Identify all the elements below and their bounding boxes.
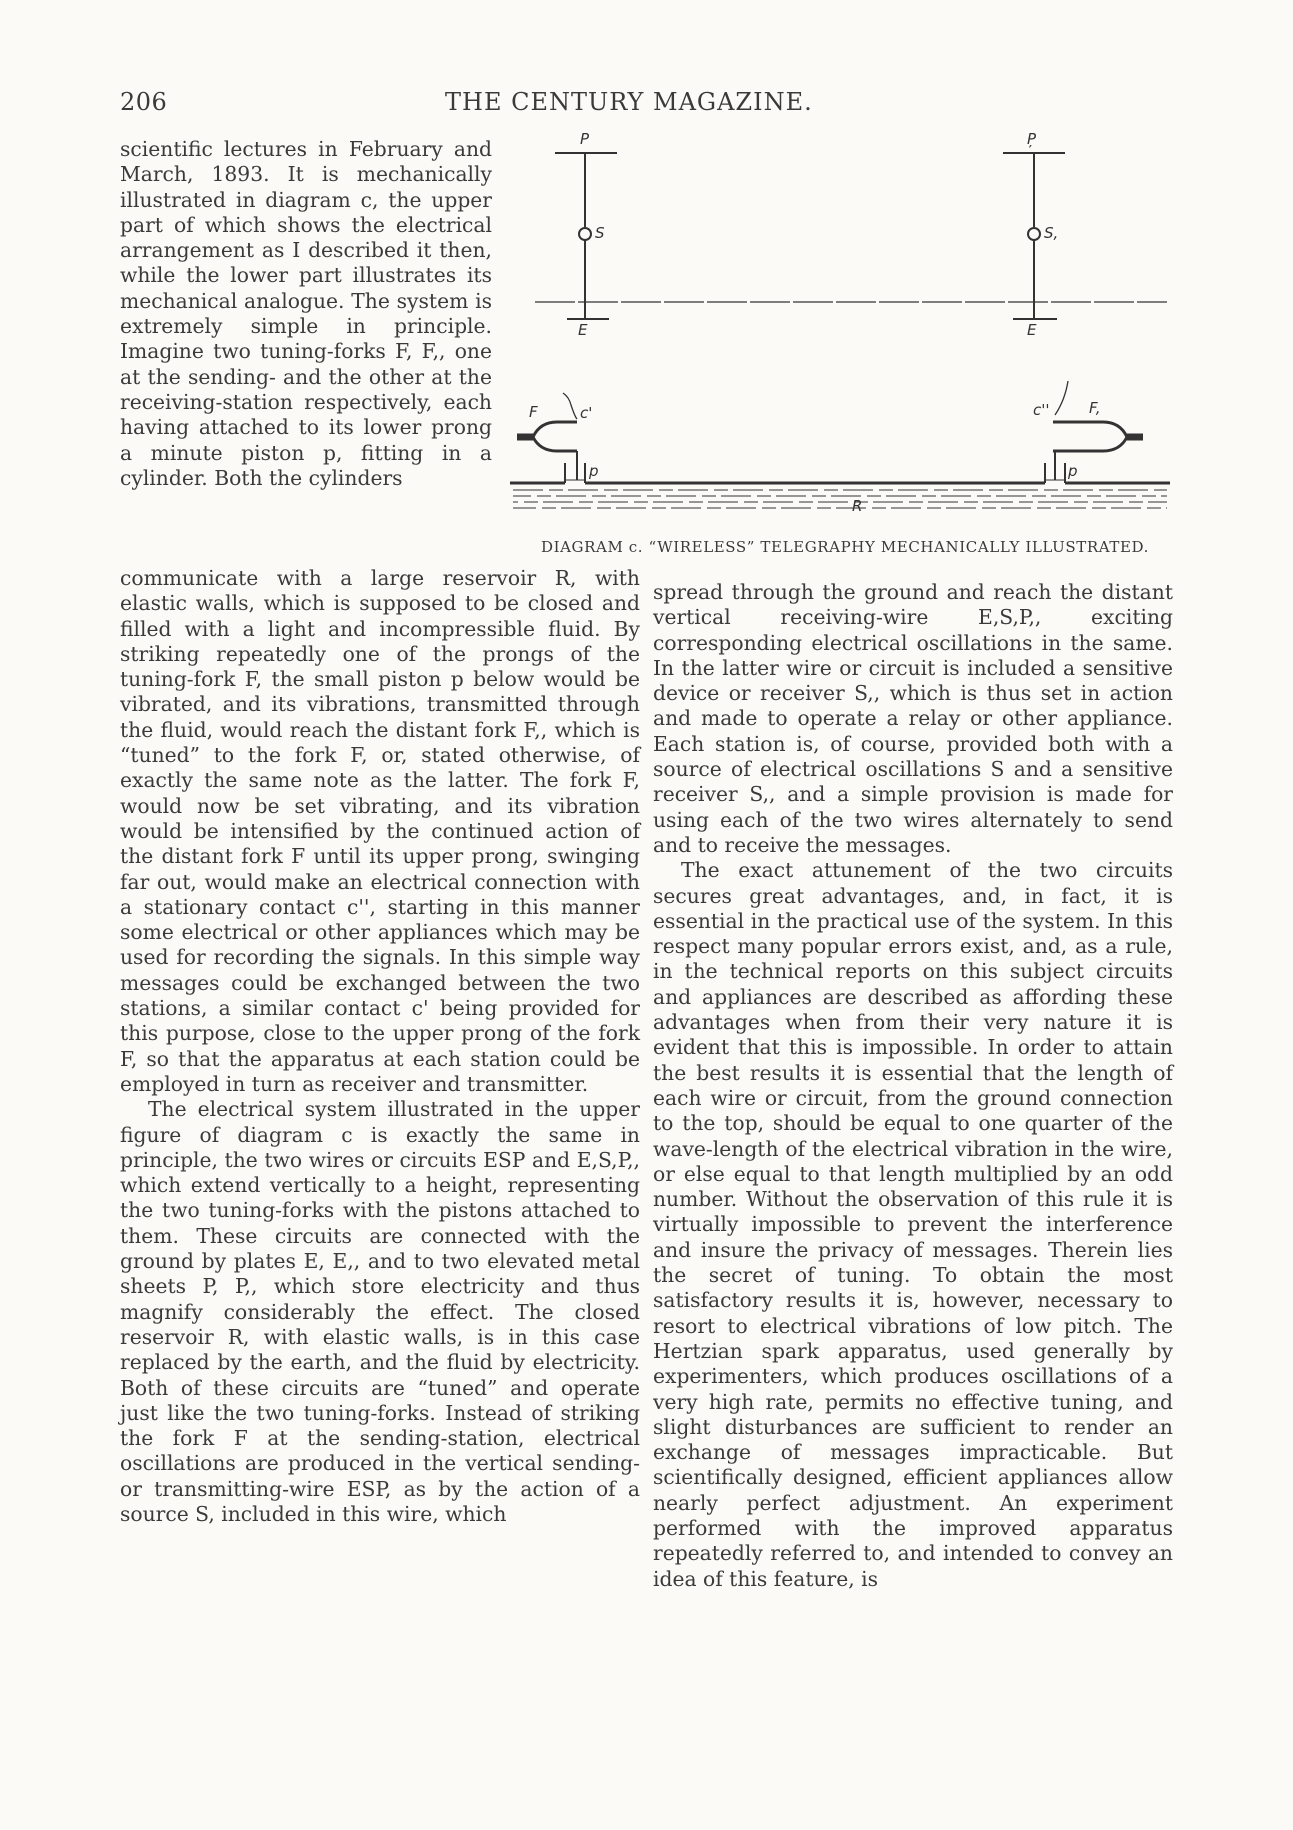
label-p: P — [580, 130, 589, 148]
narrow-column-text: scientific lectures in February and Marc… — [120, 137, 492, 491]
right-column-text: spread through the ground and reach the … — [653, 580, 1173, 1592]
label-p-left: p — [589, 462, 599, 480]
page-number: 206 — [120, 88, 167, 116]
running-title: THE CENTURY MAGAZINE. — [445, 88, 813, 116]
diagram-c: P P̦ S S, E E F F, c' c'' p p R DIAGRAM … — [505, 135, 1170, 555]
paragraph: The electrical system illustrated in the… — [120, 1097, 640, 1527]
label-r: R — [852, 497, 862, 515]
label-p-right: p — [1068, 462, 1078, 480]
label-c-double-prime: c'' — [1033, 401, 1050, 419]
label-c-prime: c' — [580, 404, 592, 422]
label-p1: P̦ — [1027, 130, 1036, 148]
paragraph: spread through the ground and reach the … — [653, 580, 1173, 858]
label-f: F — [529, 403, 538, 421]
label-s: S — [595, 224, 605, 242]
figure-caption: DIAGRAM c. “WIRELESS” TELEGRAPHY MECHANI… — [515, 538, 1175, 556]
paragraph: scientific lectures in February and Marc… — [120, 137, 492, 491]
label-f1: F, — [1089, 399, 1100, 417]
page-header: 206 THE CENTURY MAGAZINE. — [120, 88, 1170, 128]
label-s1: S, — [1044, 224, 1058, 242]
label-e-left: E — [578, 321, 587, 339]
paragraph: communicate with a large reservoir R, wi… — [120, 566, 640, 1097]
label-e-right: E — [1027, 321, 1036, 339]
left-column-text: communicate with a large reservoir R, wi… — [120, 566, 640, 1527]
paragraph: The exact attunement of the two circuits… — [653, 858, 1173, 1592]
